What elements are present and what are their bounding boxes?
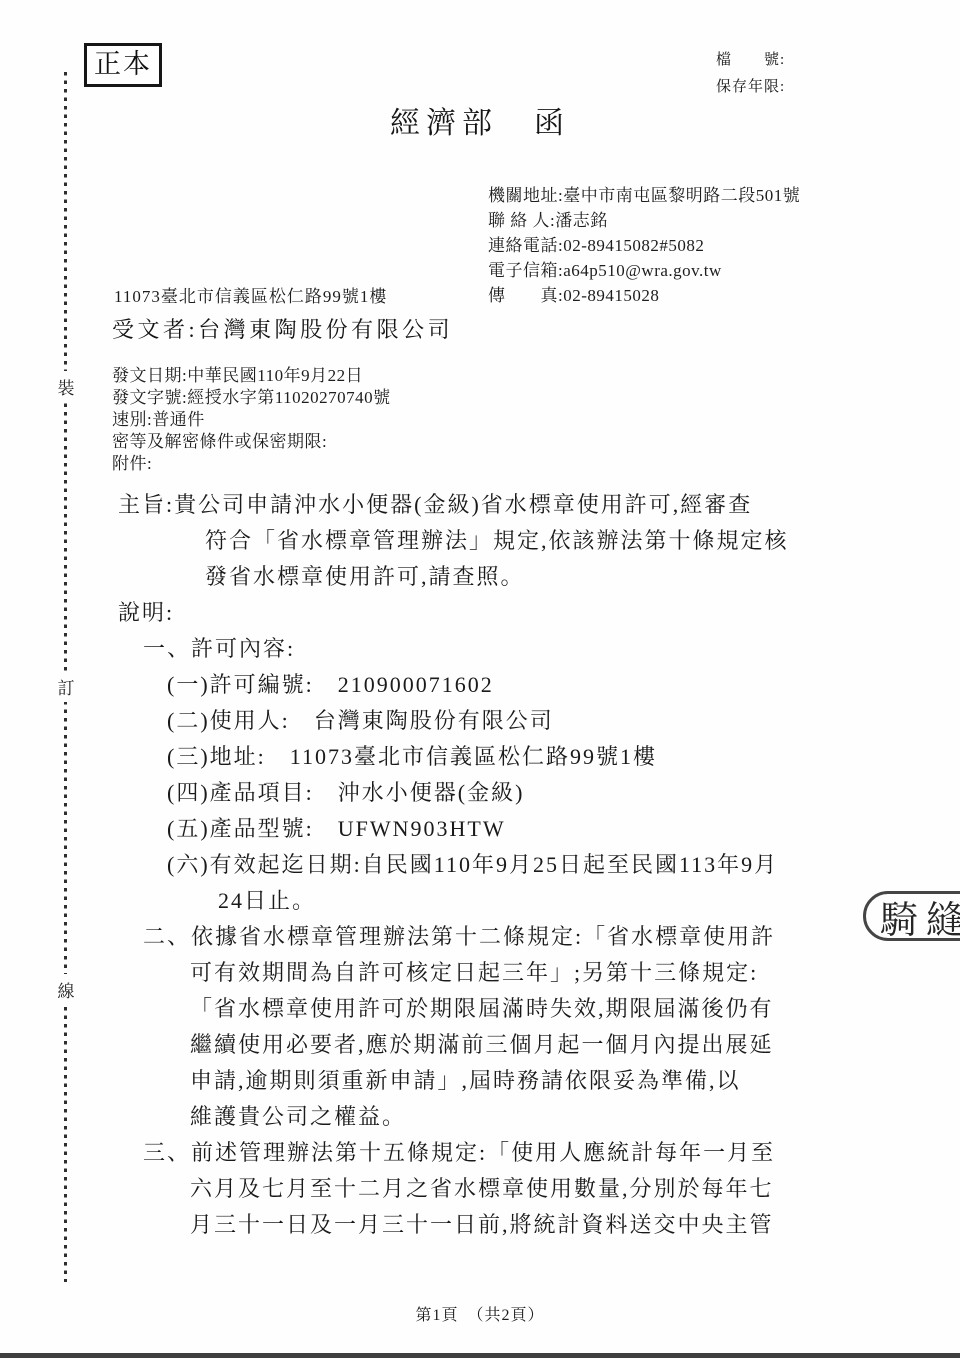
permit-validity-line: 24日止。 (118, 883, 888, 919)
permit-validity-line: (六)有效起迄日期:自民國110年9月25日起至民國113年9月 (118, 847, 888, 883)
meta-date-line: 發文日期:中華民國110年9月22日 (112, 365, 391, 387)
copy-stamp-label: 正本 (94, 49, 152, 79)
item-2-line: 「省水標章使用許可於期限屆滿時失效,期限屆滿後仍有 (118, 991, 888, 1027)
subject-line: 符合「省水標章管理辦法」規定,依該辦法第十條規定核 (118, 523, 888, 559)
sender-phone-line: 連絡電話:02-89415082#5082 (488, 233, 800, 258)
item-2-line: 可有效期間為自許可核定日起三年」;另第十三條規定: (118, 955, 888, 991)
recipient-line: 受文者:台灣東陶股份有限公司 (112, 313, 453, 344)
meta-speed-line: 速別:普通件 (112, 409, 391, 431)
item-1-heading: 一、許可內容: (118, 631, 888, 667)
binding-mark-xian: 線 (53, 974, 79, 1005)
permit-product-line: (四)產品項目: 沖水小便器(金級) (118, 775, 888, 811)
binding-mark-zhuang: 裝 (53, 371, 79, 402)
item-3-line: 六月及七月至十二月之省水標章使用數量,分別於每年七 (118, 1171, 888, 1207)
copy-stamp: 正本 (84, 43, 162, 87)
scan-bottom-edge-artifact (0, 1353, 960, 1358)
file-no-label: 檔 號: (716, 47, 785, 74)
doc-meta-block: 發文日期:中華民國110年9月22日 發文字號:經授水字第11020270740… (112, 365, 391, 475)
retention-label: 保存年限: (716, 74, 785, 101)
permit-user-line: (二)使用人: 台灣東陶股份有限公司 (118, 703, 888, 739)
page-number: 第1頁 （共2頁） (0, 1302, 960, 1325)
subject-line: 發省水標章使用許可,請查照。 (118, 559, 888, 595)
explanation-label: 說明: (118, 595, 888, 631)
sender-email-line: 電子信箱:a64p510@wra.gov.tw (488, 258, 800, 283)
item-3-line: 三、前述管理辦法第十五條規定:「使用人應統計每年一月至 (118, 1135, 888, 1171)
scanned-letter-page: 正本 裝 訂 線 檔 號: 保存年限: 經濟部 函 機關地址:臺中市南屯區黎明路… (0, 0, 960, 1359)
subject-line: 主旨:貴公司申請沖水小便器(金級)省水標章使用許可,經審查 (118, 487, 888, 523)
sender-contact-line: 聯 絡 人:潘志銘 (488, 208, 800, 233)
file-retention-block: 檔 號: 保存年限: (716, 47, 785, 101)
item-2-line: 申請,逾期則須重新申請」,屆時務請依限妥為準備,以 (118, 1063, 888, 1099)
item-2-line: 二、依據省水標章管理辦法第十二條規定:「省水標章使用許 (118, 919, 888, 955)
item-3-line: 月三十一日及一月三十一日前,將統計資料送交中央主管 (118, 1207, 888, 1243)
sender-contact-block: 機關地址:臺中市南屯區黎明路二段501號 聯 絡 人:潘志銘 連絡電話:02-8… (488, 183, 800, 308)
permit-model-line: (五)產品型號: UFWN903HTW (118, 811, 888, 847)
permit-number-line: (一)許可編號: 210900071602 (118, 667, 888, 703)
recipient-zip-address: 11073臺北市信義區松仁路99號1樓 (114, 282, 387, 307)
letter-body: 主旨:貴公司申請沖水小便器(金級)省水標章使用許可,經審查 符合「省水標章管理辦… (118, 487, 888, 1243)
seam-stamp: 騎縫 (863, 891, 960, 941)
seam-stamp-label: 騎縫 (880, 889, 960, 944)
meta-docno-line: 發文字號:經授水字第11020270740號 (112, 387, 391, 409)
meta-attachment-line: 附件: (112, 453, 391, 475)
item-2-line: 繼續使用必要者,應於期滿前三個月起一個月內提出展延 (118, 1027, 888, 1063)
sender-address-line: 機關地址:臺中市南屯區黎明路二段501號 (488, 183, 800, 208)
permit-address-line: (三)地址: 11073臺北市信義區松仁路99號1樓 (118, 739, 888, 775)
meta-security-line: 密等及解密條件或保密期限: (112, 431, 391, 453)
document-title: 經濟部 函 (0, 98, 960, 142)
sender-fax-line: 傳 真:02-89415028 (488, 283, 800, 308)
item-2-line: 維護貴公司之權益。 (118, 1099, 888, 1135)
binding-mark-ding: 訂 (53, 671, 79, 702)
